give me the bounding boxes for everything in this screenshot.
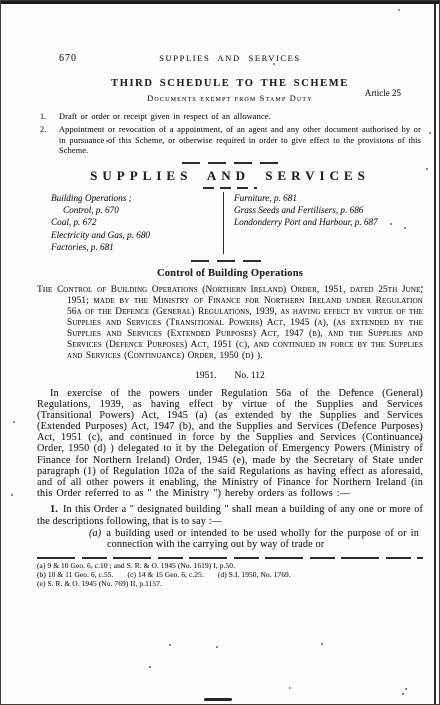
scan-speckle: [353, 390, 355, 392]
scan-speckle: [421, 286, 423, 288]
index-entry: Electricity and Gas, p. 680: [51, 229, 223, 241]
article-1-paragraph: 1.In this Order a " designated building …: [37, 504, 423, 527]
order-citation: The Control of Building Operations (Nort…: [37, 285, 423, 362]
index-entry: Factories, p. 681: [51, 241, 223, 253]
scan-speckle: [404, 227, 406, 229]
instrument-year: 1951.: [195, 371, 216, 381]
article-reference: Article 25: [365, 88, 401, 98]
scan-speckle: [429, 132, 431, 134]
divider-rule: [182, 162, 278, 164]
scan-speckle: [426, 168, 428, 170]
footnotes: (a) 9 & 10 Geo. 6, c.10 ; and S. R. & O.…: [37, 561, 423, 588]
preamble-paragraph: In exercise of the powers under Regulati…: [37, 388, 423, 500]
order-heading: Control of Building Operations: [37, 268, 423, 279]
scan-speckle: [11, 494, 13, 496]
instrument-number: 1951.No. 112: [37, 371, 423, 381]
scan-speckle: [289, 687, 291, 689]
divider-rule: [191, 260, 269, 262]
scan-speckle: [216, 646, 218, 648]
footnote-d: (d) S.I. 1950, No. 1769.: [218, 570, 291, 579]
scan-speckle: [106, 140, 108, 142]
scan-right-edge: [434, 4, 436, 704]
footnote-a: (a) 9 & 10 Geo. 6, c.10 ; and S. R. & O.…: [37, 561, 423, 570]
index-entry: Londonderry Port and Harbour, p. 687: [234, 216, 423, 228]
item-number: 1.: [37, 112, 59, 122]
scan-speckle: [321, 643, 323, 645]
divider-rule: [203, 187, 257, 189]
scan-speckle: [169, 644, 171, 646]
scan-speckle: [390, 223, 392, 225]
index-entry: Control, p. 670: [51, 204, 223, 216]
clause-a-label: (a): [89, 528, 101, 539]
footnote-c: (c) 14 & 15 Geo. 6, c.25.: [128, 570, 204, 579]
scanned-document-page: 670 SUPPLIES AND SERVICES THIRD SCHEDULE…: [0, 0, 440, 705]
index-entry: Grass Seeds and Fertilisers, p. 686: [234, 204, 423, 216]
footnote-b: (b) 10 & 11 Geo. 6, c.55.: [37, 570, 114, 579]
scan-speckle: [398, 9, 400, 11]
page-content: 670 SUPPLIES AND SERVICES THIRD SCHEDULE…: [37, 1, 423, 588]
article-1-number: 1.: [50, 504, 58, 515]
clause-a-text: a building used or intended to be used w…: [106, 528, 419, 550]
scan-speckle: [419, 438, 421, 440]
contents-index: Building Operations ; Control, p. 670 Co…: [37, 192, 423, 254]
list-item: 2. Appointment or revocation of a appoin…: [37, 125, 423, 156]
index-entry: Furniture, p. 681: [234, 192, 423, 204]
exempt-documents-list: 1. Draft or order or receipt given in re…: [37, 112, 423, 157]
instrument-no: No. 112: [235, 371, 265, 381]
page-number: 670: [59, 53, 77, 64]
item-text: Draft or order or receipt given in respe…: [59, 112, 423, 122]
footnote-rule: [37, 557, 423, 559]
list-item: 1. Draft or order or receipt given in re…: [37, 112, 423, 122]
scan-speckle: [402, 693, 404, 695]
section-heading: SUPPLIES AND SERVICES: [37, 168, 423, 184]
scan-speckle: [149, 666, 151, 668]
clause-a: (a)a building used or intended to be use…: [89, 528, 419, 551]
footnote-e: (e) S. R. & O. 1945 (No. 769) II, p.1157…: [37, 579, 423, 588]
article-1-text: In this Order a " designated building " …: [37, 504, 423, 526]
scan-speckle: [13, 421, 15, 423]
running-header: SUPPLIES AND SERVICES: [37, 53, 423, 63]
index-left-column: Building Operations ; Control, p. 670 Co…: [37, 192, 223, 254]
scan-smudge: [204, 698, 232, 701]
index-entry: Coal, p. 672: [51, 216, 223, 228]
scan-speckle: [405, 688, 407, 690]
schedule-header: THIRD SCHEDULE TO THE SCHEME Article 25: [37, 78, 423, 89]
page-header: 670 SUPPLIES AND SERVICES: [37, 53, 423, 65]
item-number: 2.: [37, 125, 59, 156]
scan-speckle: [273, 63, 275, 65]
item-text: Appointment or revocation of a appointme…: [59, 125, 423, 156]
footnote-row: (b) 10 & 11 Geo. 6, c.55.(c) 14 & 15 Geo…: [37, 570, 423, 579]
index-right-column: Furniture, p. 681 Grass Seeds and Fertil…: [223, 192, 423, 254]
index-entry: Building Operations ;: [51, 192, 223, 204]
